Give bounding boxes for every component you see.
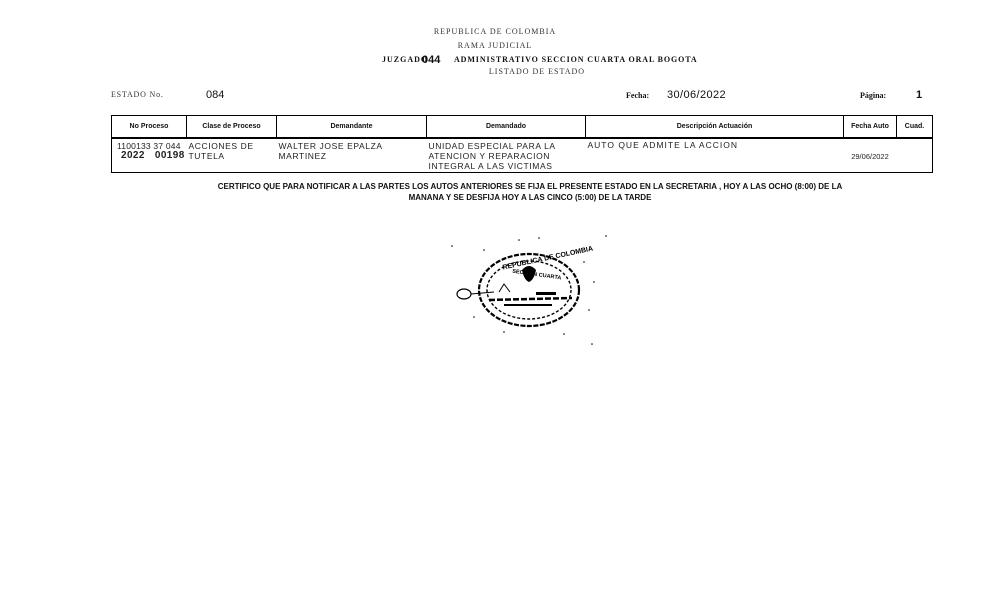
cell-demandante: WALTER JOSE EPALZA MARTINEZ [277, 138, 427, 173]
col-header-cuad: Cuad. [897, 116, 933, 139]
col-header-fecha-auto: Fecha Auto [844, 116, 897, 139]
cell-proceso: 1100133 37 044 202200198 [112, 138, 187, 173]
pagina-value: 1 [916, 89, 922, 101]
col-header-descripcion: Descripción Actuación [586, 116, 844, 139]
header-juzgado-number: 044 [422, 54, 440, 66]
col-header-clase: Clase de Proceso [187, 116, 277, 139]
col-header-proceso: No Proceso [112, 116, 187, 139]
cell-fecha-auto: 29/06/2022 [844, 138, 897, 173]
col-header-demandante: Demandante [277, 116, 427, 139]
header-republica: REPUBLICA DE COLOMBIA [372, 27, 618, 36]
header-listado: LISTADO DE ESTADO [372, 67, 702, 76]
col-header-demandado: Demandado [427, 116, 586, 139]
certification-text: CERTIFICO QUE PARA NOTIFICAR A LAS PARTE… [200, 181, 860, 203]
estado-table: No Proceso Clase de Proceso Demandante D… [111, 115, 933, 173]
proceso-number: 00198 [155, 150, 185, 161]
table-header-row: No Proceso Clase de Proceso Demandante D… [112, 116, 933, 139]
estado-label: ESTADO No. [111, 90, 164, 99]
estado-number: 084 [206, 89, 224, 101]
seal-text-mid: SECCION CUARTA [512, 269, 562, 282]
header-rama-judicial: RAMA JUDICIAL [372, 41, 618, 50]
proceso-radicado: 202200198 [121, 151, 185, 161]
cell-cuad [897, 138, 933, 173]
fecha-value: 30/06/2022 [667, 89, 726, 101]
header-juzgado-name: ADMINISTRATIVO SECCION CUARTA ORAL BOGOT… [454, 55, 698, 64]
proceso-year: 2022 [121, 150, 145, 161]
cell-descripcion: AUTO QUE ADMITE LA ACCION [586, 138, 844, 173]
fecha-label: Fecha: [626, 91, 649, 100]
cell-clase: ACCIONES DE TUTELA [187, 138, 277, 173]
cell-demandado: UNIDAD ESPECIAL PARA LA ATENCION Y REPAR… [427, 138, 586, 173]
seal-text-top: REPUBLICA DE COLOMBIA [502, 245, 594, 271]
pagina-label: Página: [860, 91, 886, 100]
court-seal-icon: REPUBLICA DE COLOMBIA SECCION CUARTA [444, 232, 614, 352]
table-row: 1100133 37 044 202200198 ACCIONES DE TUT… [112, 138, 933, 173]
